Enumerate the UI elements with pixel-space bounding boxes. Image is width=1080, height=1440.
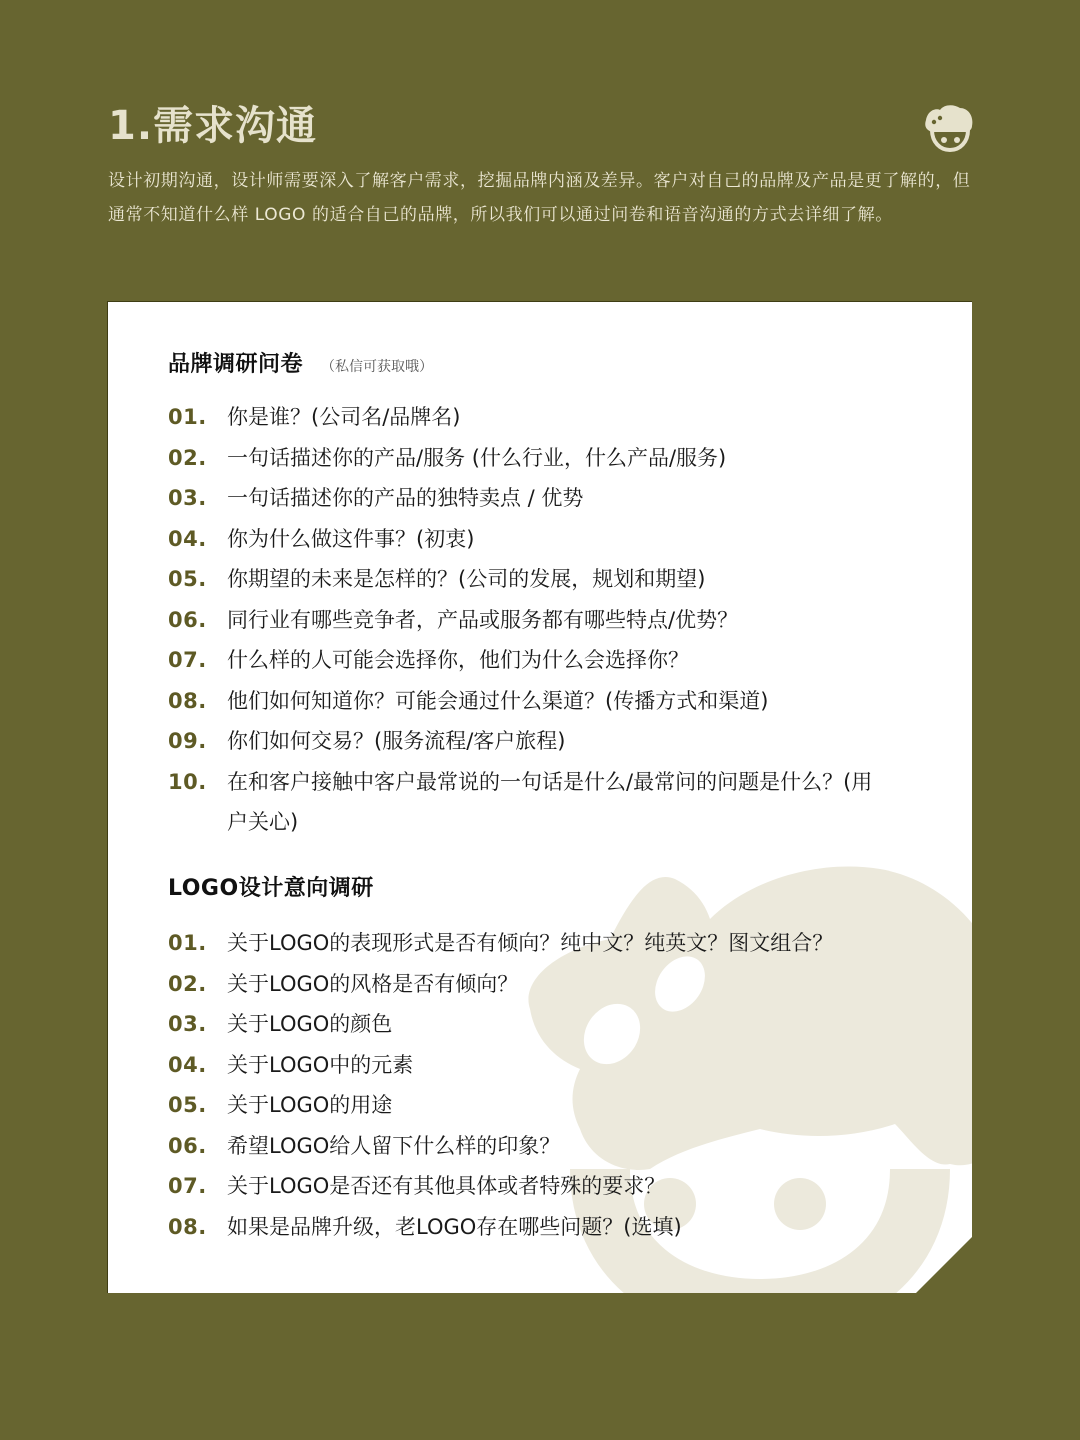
item-number: 06. xyxy=(168,603,227,637)
list-item: 05. 你期望的未来是怎样的？(公司的发展，规划和期望) xyxy=(168,562,887,603)
item-text: 在和客户接触中客户最常说的一句话是什么/最常问的问题是什么？(用户关心) xyxy=(227,762,887,842)
item-text: 关于LOGO的颜色 xyxy=(227,1004,927,1044)
list-item: 07. 什么样的人可能会选择你，他们为什么会选择你？ xyxy=(168,643,887,684)
list-item: 01. 你是谁？(公司名/品牌名) xyxy=(168,400,887,441)
item-text: 什么样的人可能会选择你，他们为什么会选择你？ xyxy=(227,640,887,680)
item-text: 一句话描述你的产品的独特卖点 / 优势 xyxy=(227,478,887,518)
list-item: 04. 你为什么做这件事？(初衷) xyxy=(168,522,887,563)
survey-card: 品牌调研问卷 （私信可获取哦） 01. 你是谁？(公司名/品牌名) 02. 一句… xyxy=(107,301,972,1293)
item-number: 04. xyxy=(168,1048,227,1082)
item-number: 08. xyxy=(168,684,227,718)
list-item: 01. 关于LOGO的表现形式是否有倾向？纯中文？纯英文？图文组合？ xyxy=(168,926,927,967)
brand-survey-title: 品牌调研问卷 xyxy=(168,347,303,378)
list-item: 09. 你们如何交易？(服务流程/客户旅程) xyxy=(168,724,887,765)
item-number: 05. xyxy=(168,1088,227,1122)
logo-survey-heading: LOGO设计意向调研 xyxy=(168,871,374,902)
item-text: 同行业有哪些竞争者，产品或服务都有哪些特点/优势？ xyxy=(227,600,887,640)
brand-survey-note: （私信可获取哦） xyxy=(321,356,433,376)
item-number: 07. xyxy=(168,1169,227,1203)
list-item: 04. 关于LOGO中的元素 xyxy=(168,1048,927,1089)
item-number: 01. xyxy=(168,926,227,960)
list-item: 02. 关于LOGO的风格是否有倾向？ xyxy=(168,967,927,1008)
item-number: 10. xyxy=(168,765,227,799)
item-number: 01. xyxy=(168,400,227,434)
item-text: 希望LOGO给人留下什么样的印象？ xyxy=(227,1126,927,1166)
item-number: 09. xyxy=(168,724,227,758)
item-text: 一句话描述你的产品/服务 (什么行业，什么产品/服务) xyxy=(227,438,887,478)
item-number: 03. xyxy=(168,1007,227,1041)
list-item: 03. 一句话描述你的产品的独特卖点 / 优势 xyxy=(168,481,887,522)
list-item: 08. 他们如何知道你？可能会通过什么渠道？(传播方式和渠道) xyxy=(168,684,887,725)
list-item: 03. 关于LOGO的颜色 xyxy=(168,1007,927,1048)
page-title: 1.需求沟通 xyxy=(108,98,317,154)
logo-survey-list: 01. 关于LOGO的表现形式是否有倾向？纯中文？纯英文？图文组合？ 02. 关… xyxy=(168,926,927,1250)
mascot-head-icon xyxy=(920,100,976,156)
item-text: 关于LOGO的用途 xyxy=(227,1085,927,1125)
item-number: 06. xyxy=(168,1129,227,1163)
brand-survey-heading: 品牌调研问卷 （私信可获取哦） xyxy=(168,347,433,378)
list-item: 06. 希望LOGO给人留下什么样的印象？ xyxy=(168,1129,927,1170)
list-item: 10. 在和客户接触中客户最常说的一句话是什么/最常问的问题是什么？(用户关心) xyxy=(168,765,887,846)
list-item: 05. 关于LOGO的用途 xyxy=(168,1088,927,1129)
item-number: 07. xyxy=(168,643,227,677)
item-text: 他们如何知道你？可能会通过什么渠道？(传播方式和渠道) xyxy=(227,681,887,721)
item-number: 03. xyxy=(168,481,227,515)
list-item: 08. 如果是品牌升级，老LOGO存在哪些问题？(选填) xyxy=(168,1210,927,1251)
item-text: 关于LOGO的风格是否有倾向？ xyxy=(227,964,927,1004)
item-text: 你期望的未来是怎样的？(公司的发展，规划和期望) xyxy=(227,559,887,599)
item-text: 你是谁？(公司名/品牌名) xyxy=(227,397,887,437)
brand-survey-list: 01. 你是谁？(公司名/品牌名) 02. 一句话描述你的产品/服务 (什么行业… xyxy=(168,400,887,846)
item-number: 04. xyxy=(168,522,227,556)
intro-paragraph: 设计初期沟通，设计师需要深入了解客户需求，挖掘品牌内涵及差异。客户对自己的品牌及… xyxy=(108,164,976,232)
item-text: 关于LOGO中的元素 xyxy=(227,1045,927,1085)
item-text: 关于LOGO是否还有其他具体或者特殊的要求？ xyxy=(227,1166,927,1206)
item-text: 你为什么做这件事？(初衷) xyxy=(227,519,887,559)
list-item: 02. 一句话描述你的产品/服务 (什么行业，什么产品/服务) xyxy=(168,441,887,482)
item-number: 02. xyxy=(168,967,227,1001)
list-item: 07. 关于LOGO是否还有其他具体或者特殊的要求？ xyxy=(168,1169,927,1210)
item-number: 05. xyxy=(168,562,227,596)
item-number: 08. xyxy=(168,1210,227,1244)
item-text: 关于LOGO的表现形式是否有倾向？纯中文？纯英文？图文组合？ xyxy=(227,923,927,963)
item-text: 你们如何交易？(服务流程/客户旅程) xyxy=(227,721,887,761)
list-item: 06. 同行业有哪些竞争者，产品或服务都有哪些特点/优势？ xyxy=(168,603,887,644)
item-number: 02. xyxy=(168,441,227,475)
logo-survey-title: LOGO设计意向调研 xyxy=(168,871,374,902)
item-text: 如果是品牌升级，老LOGO存在哪些问题？(选填) xyxy=(227,1207,927,1247)
